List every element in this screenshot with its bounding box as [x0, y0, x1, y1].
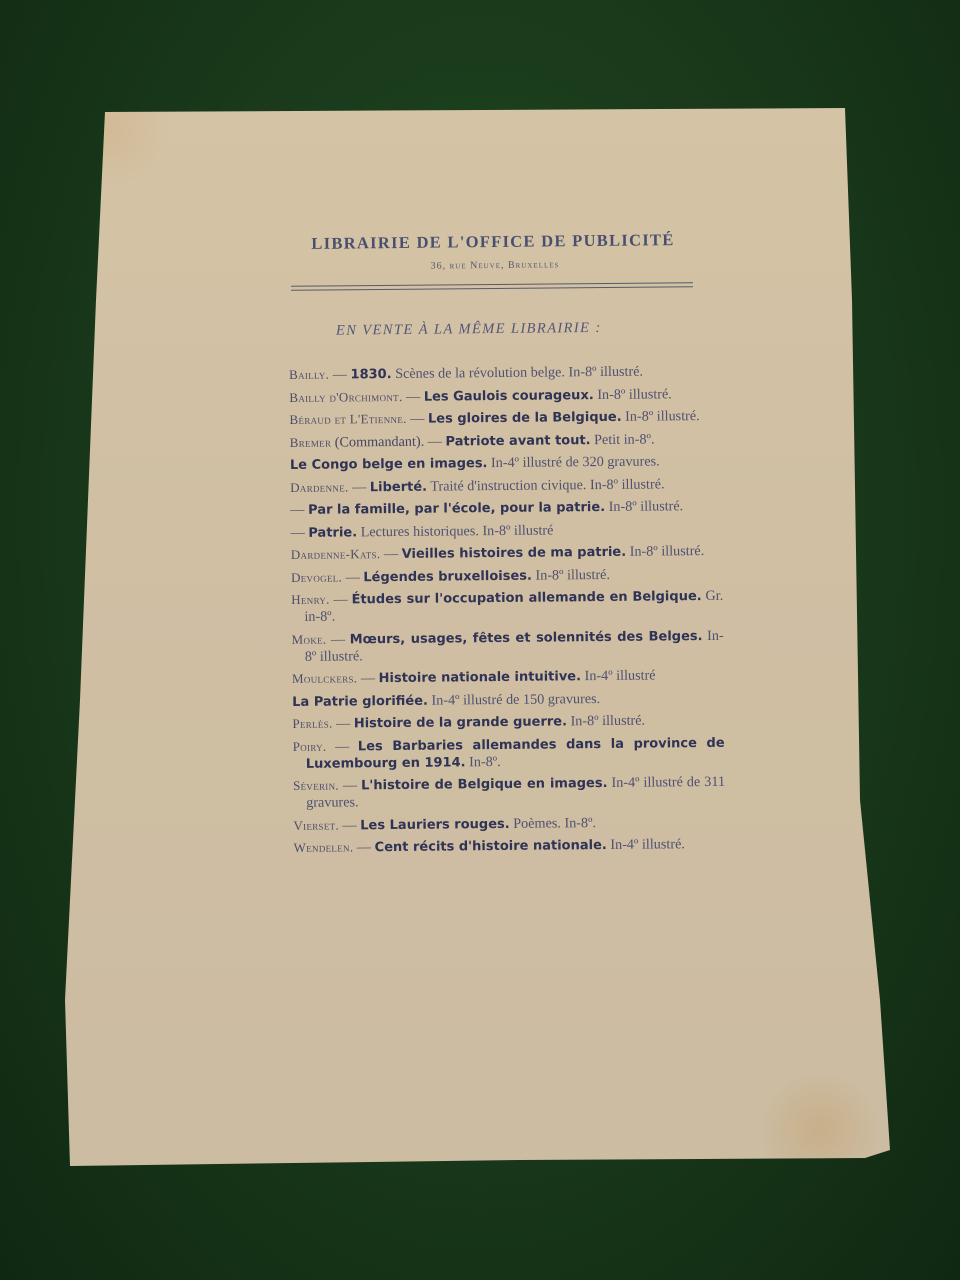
entry-author: Bremer [290, 434, 332, 449]
entry-title: 1830. [350, 367, 391, 382]
entry-separator: — [348, 479, 369, 495]
entry-description: In-8º illustré. [532, 566, 610, 583]
entry-separator: — [326, 738, 358, 754]
entry-description: In-8º illustré. [622, 408, 700, 425]
entry-title: L'histoire de Belgique en images. [361, 776, 608, 793]
entry-description: In-4º illustré [581, 667, 656, 684]
entry-description: Poèmes. In-8º. [510, 815, 597, 832]
entry-description: In-4º illustré de 320 gravures. [487, 453, 659, 471]
entry-separator: — [290, 502, 308, 518]
entry-description: In-4º illustré de 150 gravures. [428, 691, 600, 709]
entry-title: Patriote avant tout. [445, 433, 590, 449]
entry-separator: — [330, 591, 352, 607]
catalog-entry: Devogel. — Légendes bruxelloises. In-8º … [291, 564, 723, 586]
catalog-entry: Séverin. — L'histoire de Belgique en ima… [293, 773, 725, 812]
entry-author: Vierset. [293, 817, 339, 832]
entry-author: Dardenne. [290, 479, 348, 495]
entry-title: Cent récits d'histoire nationale. [375, 838, 607, 855]
entry-description: In-8º illustré. [626, 543, 704, 560]
entry-author: Moke. [292, 631, 327, 646]
entry-author: Wendelen. [294, 839, 354, 855]
catalog-entry: Bailly d'Orchimont. — Les Gaulois courag… [289, 384, 721, 406]
catalog-entry: Poiry. — Les Barbaries allemandes dans l… [293, 733, 725, 772]
entry-title: Études sur l'occupation allemande en Bel… [351, 589, 701, 607]
entry-title: Par la famille, par l'école, pour la pat… [308, 500, 605, 518]
entry-separator: — [339, 777, 361, 793]
entry-description: In-8º illustré. [605, 498, 683, 515]
entry-separator: — [326, 631, 349, 647]
catalog-entry: Béraud et L'Etienne. — Les gloires de la… [289, 407, 721, 429]
entry-description: In-4º illustré. [607, 836, 685, 853]
catalog-entry: Bremer (Commandant). — Patriote avant to… [290, 429, 722, 451]
entry-separator: — [291, 524, 309, 540]
entry-separator: — [332, 715, 353, 731]
entry-title: Mœurs, usages, fêtes et solennités des B… [350, 629, 703, 647]
entry-title: Vieilles histoires de ma patrie. [402, 545, 627, 562]
catalog-entry: Vierset. — Les Lauriers rouges. Poèmes. … [293, 812, 725, 834]
publisher-address: 36, rue Neuve, Bruxelles [380, 259, 610, 272]
catalog-entry: Dardenne-Kats. — Vieilles histoires de m… [291, 542, 723, 564]
entry-author: Moulckers. [292, 670, 357, 686]
catalog-subheading: En vente à la même librairie : [336, 319, 656, 339]
catalog-entry: Le Congo belge en images. In-4º illustré… [290, 452, 722, 474]
entry-description: Scènes de la révolution belge. In-8º ill… [392, 364, 644, 382]
entry-title: Les gloires de la Belgique. [428, 410, 622, 427]
entry-title: Les Barbaries allemandes dans la provinc… [306, 735, 725, 771]
entry-author: Séverin. [293, 778, 339, 793]
catalog-entry: — Patrie. Lectures historiques. In-8º il… [291, 519, 723, 541]
catalog-entry: Perlès. — Histoire de la grande guerre. … [292, 711, 724, 733]
entry-author: Henry. [291, 592, 330, 607]
entry-separator: — [329, 366, 350, 382]
entry-separator: — [353, 839, 374, 855]
entry-author: Dardenne-Kats. [291, 546, 381, 562]
entry-title: Patrie. [308, 525, 357, 540]
catalog-entry: Henry. — Études sur l'occupation alleman… [291, 587, 723, 626]
catalog-entry: — Par la famille, par l'école, pour la p… [290, 497, 722, 519]
catalog-entry: Wendelen. — Cent récits d'histoire natio… [294, 835, 726, 857]
entry-title: Liberté. [370, 479, 427, 495]
entry-author: Devogel. [291, 569, 342, 584]
catalog-entry: La Patrie glorifiée. In-4º illustré de 1… [292, 688, 724, 710]
entry-separator: — [357, 670, 378, 686]
entry-description: In-8º. [465, 753, 500, 769]
entry-separator: — [407, 411, 428, 427]
entry-description: Petit in-8º. [591, 431, 655, 448]
entry-separator: (Commandant). — [331, 433, 445, 450]
entry-description: In-8º illustré. [567, 713, 645, 730]
entry-title: Le Congo belge en images. [290, 456, 488, 473]
catalog-entry: Dardenne. — Liberté. Traité d'instructio… [290, 474, 722, 496]
entry-title: Légendes bruxelloises. [363, 568, 532, 585]
entry-author: Bailly d'Orchimont. [289, 388, 402, 404]
catalog-entry: Moulckers. — Histoire nationale intuitiv… [292, 666, 724, 688]
entry-author: Poiry. [293, 738, 327, 753]
entry-author: Bailly. [289, 367, 329, 382]
entry-author: Perlès. [292, 716, 332, 731]
catalog-entry: Bailly. — 1830. Scènes de la révolution … [289, 362, 721, 384]
entry-title: Histoire nationale intuitive. [379, 669, 582, 686]
double-rule-divider [291, 282, 693, 291]
entry-separator: — [342, 569, 363, 585]
entry-separator: — [380, 546, 401, 562]
entry-title: Histoire de la grande guerre. [354, 714, 567, 731]
entry-separator: — [402, 388, 423, 404]
catalog-list: Bailly. — 1830. Scènes de la révolution … [289, 362, 726, 862]
entry-separator: — [339, 817, 360, 833]
entry-description: In-8º illustré. [594, 386, 672, 403]
entry-title: La Patrie glorifiée. [292, 693, 428, 709]
entry-description: Lectures historiques. In-8º illustré [357, 522, 553, 540]
catalog-entry: Moke. — Mœurs, usages, fêtes et solennit… [292, 626, 724, 665]
entry-title: Les Gaulois courageux. [424, 388, 594, 405]
book-back-cover: LIBRAIRIE DE L'OFFICE DE PUBLICITÉ 36, r… [0, 0, 960, 1280]
publisher-title: LIBRAIRIE DE L'OFFICE DE PUBLICITÉ [300, 230, 686, 254]
entry-title: Les Lauriers rouges. [360, 816, 510, 832]
entry-author: Béraud et L'Etienne. [289, 411, 406, 427]
entry-description: Traité d'instruction civique. In-8º illu… [427, 476, 665, 494]
